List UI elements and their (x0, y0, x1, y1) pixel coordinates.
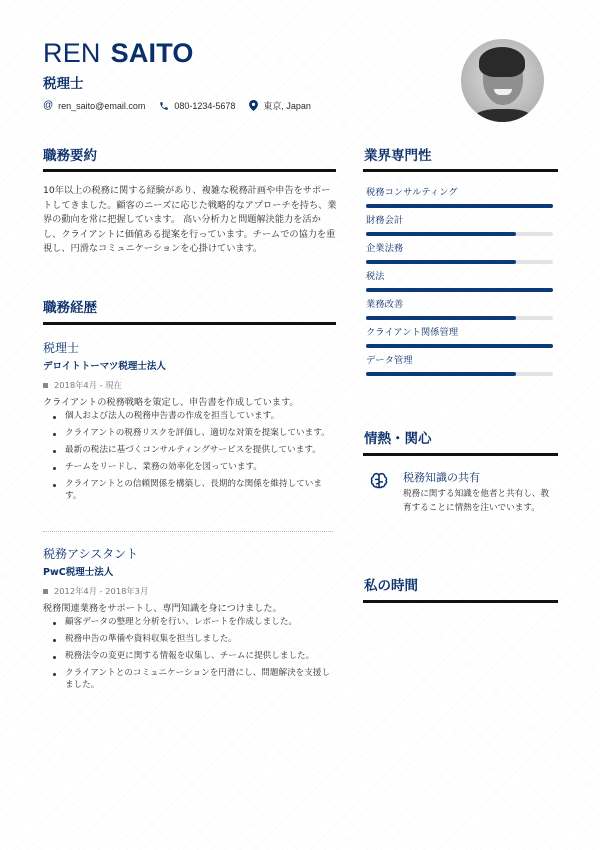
job-company: デロイトトーマツ税理士法人 (43, 358, 338, 372)
calendar-square-icon (43, 589, 48, 594)
skill-item: 業務改善 (366, 298, 553, 326)
skill-bar (366, 288, 553, 292)
brain-icon (369, 471, 389, 491)
passion-description: 税務に関する知識を他者と共有し、教育することに情熱を注いでいます。 (403, 488, 553, 515)
contact-phone[interactable]: 080-1234-5678 (159, 101, 235, 111)
full-name: RENSAITO (43, 38, 325, 68)
skill-bar (366, 372, 553, 376)
job-entry-1: 税理士 デロイトトーマツ税理士法人 2018年4月 - 現在 クライアントの税務… (43, 340, 338, 508)
skill-bar (366, 232, 553, 236)
job-entry-2: 税務アシスタント PwC税理士法人 2012年4月 - 2018年3月 税務関連… (43, 546, 338, 697)
bullet-item: クライアントとの信頼関係を構築し、長期的な関係を維持しています。 (43, 479, 338, 502)
job-bullets: 個人および法人の税務申告書の作成を担当しています。 クライアントの税務リスクを評… (43, 411, 338, 502)
skills-heading: 業界専門性 (364, 144, 432, 164)
experience-divider (43, 322, 336, 325)
bullet-item: 顧客データの整理と分析を行い、レポートを作成しました。 (43, 617, 338, 629)
passion-title: 税務知識の共有 (403, 470, 553, 485)
my-time-divider (363, 600, 558, 603)
job-description: 税務関連業務をサポートし、専門知識を身につけました。 (43, 603, 338, 615)
first-name: REN (43, 38, 101, 68)
resume-header: RENSAITO 税理士 @ ren_saito@email.com 080-1… (43, 38, 325, 112)
my-time-heading: 私の時間 (364, 574, 418, 594)
job-description: クライアントの税務戦略を策定し、申告書を作成しています。 (43, 397, 338, 409)
phone-icon (159, 101, 169, 111)
bullet-item: クライアントの税務リスクを評価し、適切な対策を提案しています。 (43, 428, 338, 440)
passions-heading: 情熱・関心 (364, 427, 432, 447)
skill-item: クライアント関係管理 (366, 326, 553, 354)
bullet-item: 税務法令の変更に関する情報を収集し、チームに提供しました。 (43, 651, 338, 663)
job-dates: 2018年4月 - 現在 (43, 379, 338, 391)
bullet-item: クライアントとのコミュニケーションを円滑にし、問題解決を支援しました。 (43, 668, 338, 691)
skills-list: 税務コンサルティング 財務会計 企業法務 税法 業務改善 クライアント関係管理 … (366, 186, 553, 382)
location-pin-icon (249, 100, 258, 111)
job-position: 税理士 (43, 340, 338, 356)
bullet-item: 最新の税法に基づくコンサルティングサービスを提供しています。 (43, 445, 338, 457)
job-position: 税務アシスタント (43, 546, 338, 562)
bullet-item: 個人および法人の税務申告書の作成を担当しています。 (43, 411, 338, 423)
passions-divider (363, 453, 558, 456)
skill-bar (366, 204, 553, 208)
job-separator (43, 531, 333, 532)
contact-location: 東京, Japan (249, 99, 311, 112)
skill-item: データ管理 (366, 354, 553, 382)
email-text: ren_saito@email.com (58, 101, 145, 111)
skills-divider (363, 169, 558, 172)
last-name: SAITO (111, 38, 194, 68)
experience-heading: 職務経歴 (43, 296, 97, 316)
job-company: PwC税理士法人 (43, 564, 338, 578)
job-title: 税理士 (43, 72, 325, 92)
calendar-square-icon (43, 383, 48, 388)
contact-email[interactable]: @ ren_saito@email.com (43, 100, 145, 111)
at-icon: @ (43, 100, 53, 111)
bullet-item: 税務申告の準備や資料収集を担当しました。 (43, 634, 338, 646)
job-bullets: 顧客データの整理と分析を行い、レポートを作成しました。 税務申告の準備や資料収集… (43, 617, 338, 691)
contact-info: @ ren_saito@email.com 080-1234-5678 東京, … (43, 99, 325, 112)
summary-divider (43, 169, 336, 172)
skill-item: 税務コンサルティング (366, 186, 553, 214)
bullet-item: チームをリードし、業務の効率化を図っています。 (43, 462, 338, 474)
passion-item: 税務知識の共有 税務に関する知識を他者と共有し、教育することに情熱を注いでいます… (369, 470, 559, 515)
skill-bar (366, 344, 553, 348)
location-text: 東京, Japan (263, 99, 311, 112)
profile-photo (461, 39, 544, 122)
skill-item: 企業法務 (366, 242, 553, 270)
summary-heading: 職務要約 (43, 144, 97, 164)
skill-bar (366, 260, 553, 264)
skill-item: 財務会計 (366, 214, 553, 242)
job-dates: 2012年4月 - 2018年3月 (43, 585, 338, 597)
summary-text: 10年以上の税務に関する経験があり、複雑な税務計画や申告をサポートしてきました。… (43, 184, 338, 257)
phone-text: 080-1234-5678 (174, 101, 235, 111)
skill-bar (366, 316, 553, 320)
skill-item: 税法 (366, 270, 553, 298)
